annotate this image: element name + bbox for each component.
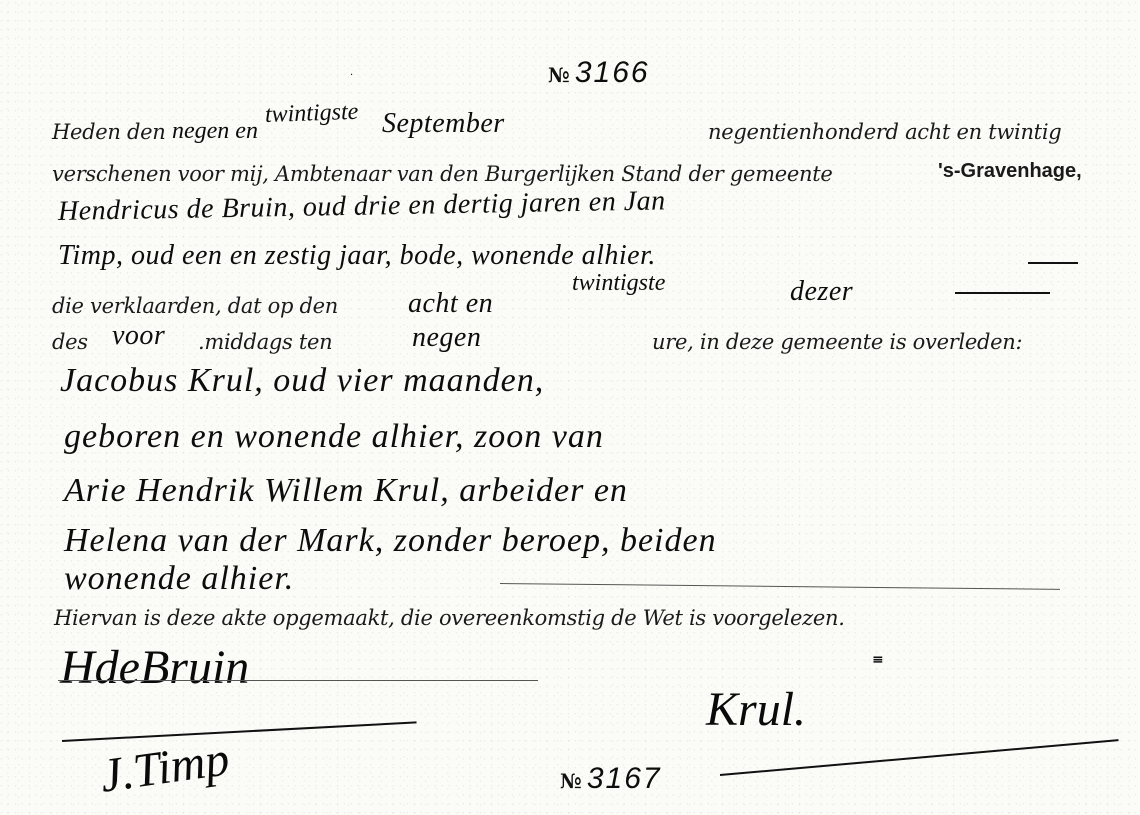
line1-hand-day: negen en [172,118,258,145]
line4-hand: Timp, oud een en zestig jaar, bode, wone… [58,240,656,272]
line11-hand: wonende alhier. [64,560,294,598]
line4-filler-rule [1028,262,1078,264]
line5-filler-rule [955,292,1050,294]
closing-statement: Hiervan is deze akte opgemaakt, die over… [54,606,845,630]
numero-sign: № [548,63,570,87]
signature-line-1 [58,680,538,681]
line1-printed-start: Heden den [52,120,166,144]
signature-de-bruin: HdeBruin [60,640,249,695]
line3-hand: Hendricus de Bruin, oud drie en dertig j… [58,185,666,228]
line6-printed-mid: .middags ten [198,330,332,354]
speck-mark: · [350,70,353,81]
line6-hand-hour: negen [412,322,481,354]
line6-printed-start: des [52,330,88,354]
numero-sign-next: № [560,769,582,793]
line5-hand-month: dezer [790,276,853,308]
line10-hand-mother: Helena van der Mark, zonder beroep, beid… [64,522,717,560]
line5-hand-day2: twintigste [572,270,665,297]
signature-underline-2 [720,739,1119,776]
next-record-number: № 3167 [560,762,662,796]
line2-printed: verschenen voor mij, Ambtenaar van den B… [52,162,832,186]
line5-printed: die verklaarden, dat op den [52,294,338,318]
line5-hand-day: acht en [408,288,493,320]
line9-hand-father: Arie Hendrik Willem Krul, arbeider en [64,472,628,510]
signature-timp: J.Timp [97,731,233,803]
line1-hand-month: September [382,108,505,140]
line7-hand-deceased: Jacobus Krul, oud vier maanden, [60,362,544,400]
signature-underline-1 [62,721,417,742]
line11-filler-rule [500,583,1060,590]
line8-hand: geboren en wonende alhier, zoon van [64,418,604,456]
record-number-value: 3166 [575,56,650,89]
line6-hand-part: voor [112,320,165,352]
line2-city: 's-Gravenhage, [938,160,1082,183]
stamp-mark: ≡ [872,652,884,668]
signature-krul: Krul. [706,682,806,737]
line6-printed-end: ure, in deze gemeente is overleden: [652,330,1022,354]
record-number: № 3166 [548,56,650,90]
line1-printed-end: negentienhonderd acht en twintig [708,120,1061,144]
next-record-number-value: 3167 [587,762,662,795]
line1-hand-day2: twintigste [265,99,359,129]
